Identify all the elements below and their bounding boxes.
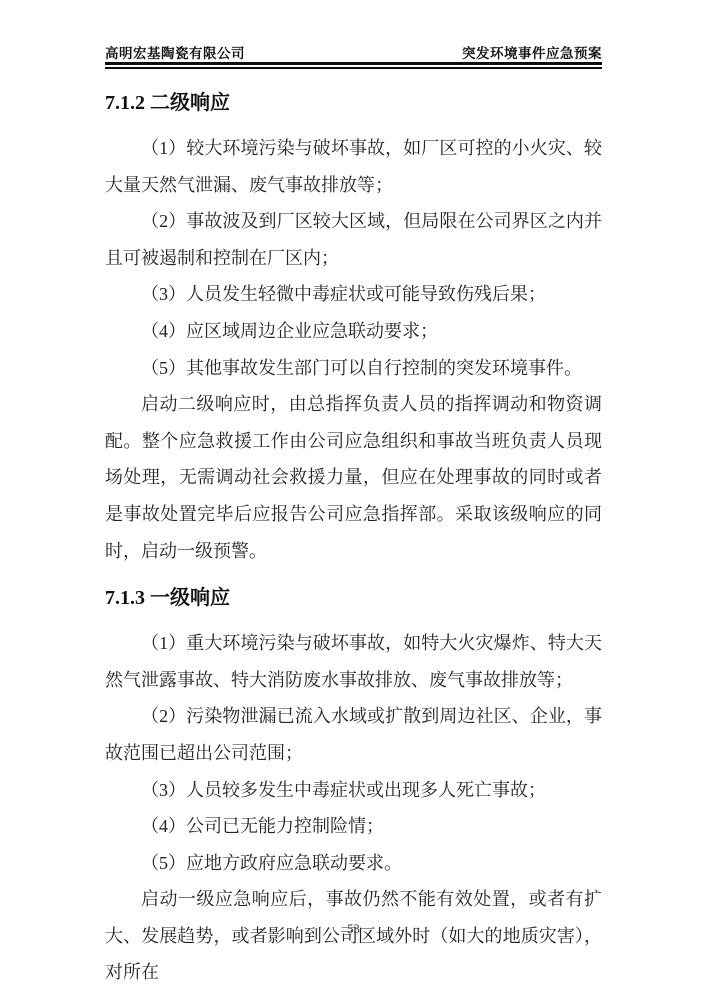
section-1-item-4: （4）应区域周边企业应急联动要求； — [105, 313, 602, 350]
header-rule-divider — [105, 62, 602, 69]
page-number: 53 — [347, 922, 360, 936]
header-document-title: 突发环境事件应急预案 — [462, 42, 602, 62]
section-2-item-5: （5）应地方政府应急联动要求。 — [105, 845, 602, 882]
section-1-item-3: （3）人员发生轻微中毒症状或可能导致伤残后果； — [105, 276, 602, 313]
document-page: 高明宏基陶瓷有限公司 突发环境事件应急预案 7.1.2 二级响应 （1）较大环境… — [0, 0, 707, 1000]
section-2-item-3: （3）人员较多发生中毒症状或出现多人死亡事故； — [105, 772, 602, 809]
page-header: 高明宏基陶瓷有限公司 突发环境事件应急预案 — [105, 42, 602, 62]
document-body: 7.1.2 二级响应 （1）较大环境污染与破坏事故，如厂区可控的小火灾、较大量天… — [105, 88, 602, 991]
section-1-item-2: （2）事故波及到厂区较大区域，但局限在公司界区之内并且可被遏制和控制在厂区内； — [105, 203, 602, 276]
section-2-item-4: （4）公司已无能力控制险情； — [105, 808, 602, 845]
section-1-item-1: （1）较大环境污染与破坏事故，如厂区可控的小火灾、较大量天然气泄漏、废气事故排放… — [105, 130, 602, 203]
page-footer: 53 — [0, 922, 707, 937]
section-heading-7-1-2: 7.1.2 二级响应 — [105, 88, 602, 118]
section-2-item-2: （2）污染物泄漏已流入水域或扩散到周边社区、企业，事故范围已超出公司范围； — [105, 698, 602, 771]
section-1-item-5: （5）其他事故发生部门可以自行控制的突发环境事件。 — [105, 350, 602, 387]
section-heading-7-1-3: 7.1.3 一级响应 — [105, 583, 602, 613]
section-1-closing-paragraph: 启动二级响应时，由总指挥负责人员的指挥调动和物资调配。整个应急救援工作由公司应急… — [105, 386, 602, 569]
section-2-item-1: （1）重大环境污染与破坏事故，如特大火灾爆炸、特大天然气泄露事故、特大消防废水事… — [105, 625, 602, 698]
header-company-name: 高明宏基陶瓷有限公司 — [105, 42, 245, 62]
